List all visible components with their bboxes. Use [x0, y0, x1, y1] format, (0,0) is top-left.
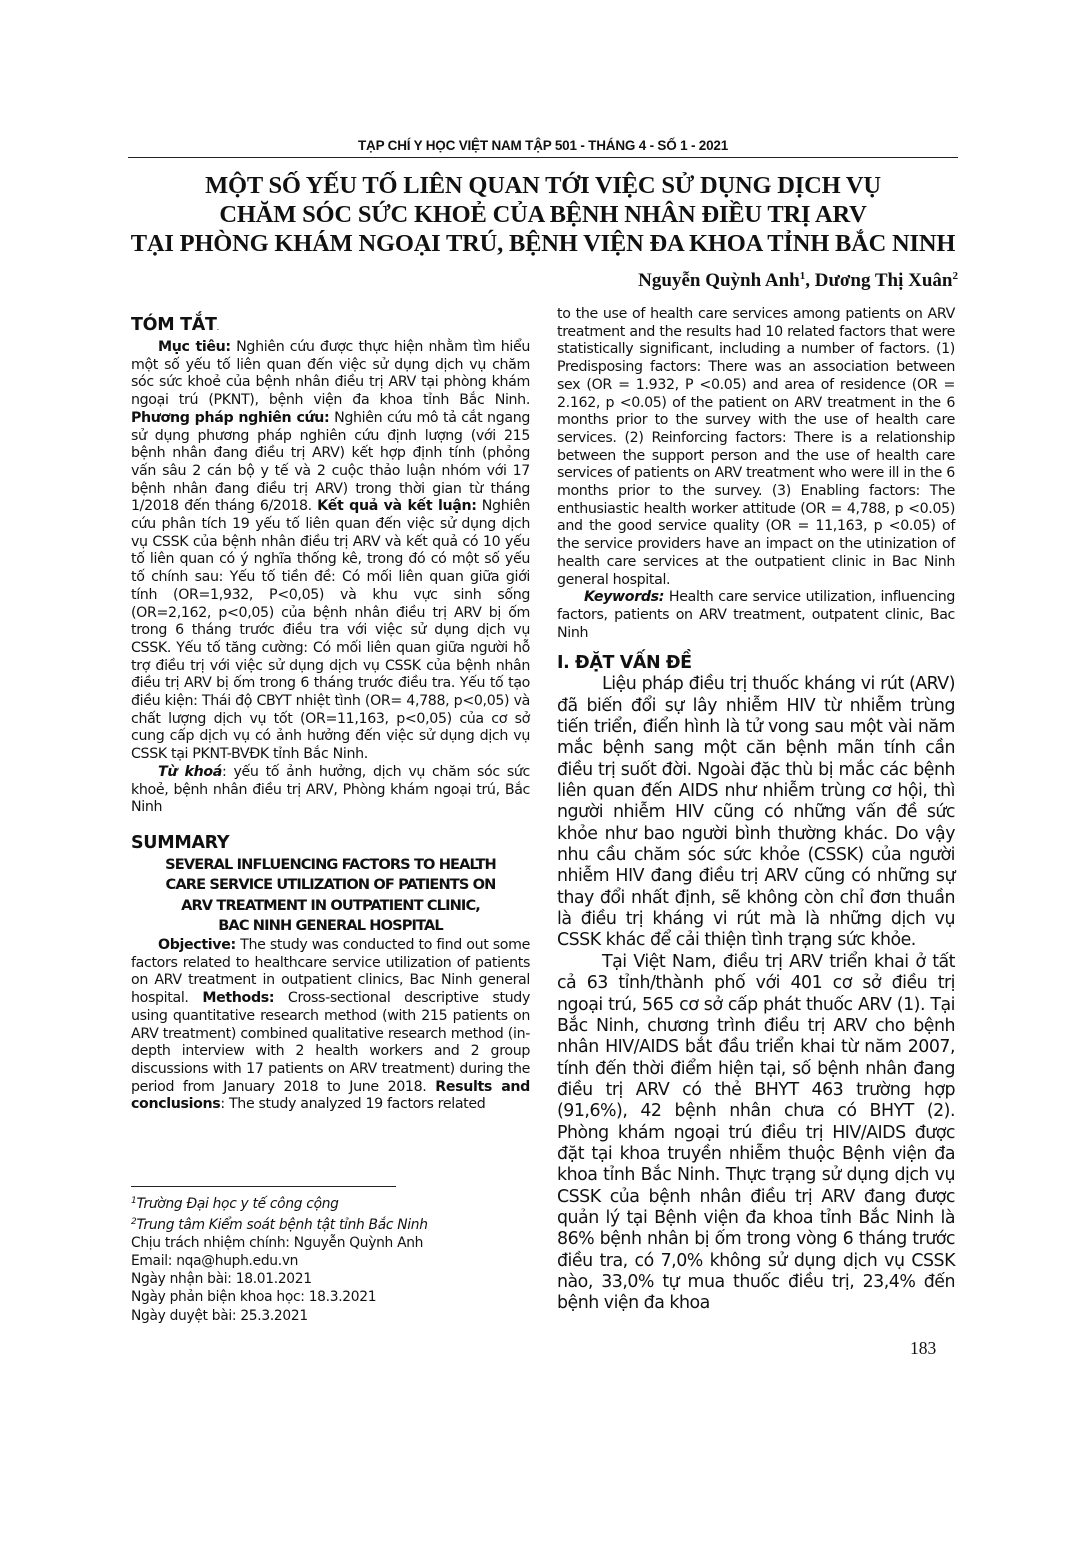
- keywords-en: Keywords: Health care service utilizatio…: [557, 589, 955, 642]
- intro-paragraph: Tại Việt Nam, điều trị ARV triển khai ở …: [557, 952, 955, 1315]
- email-link[interactable]: Email: nqa@huph.edu.vn: [131, 1252, 530, 1270]
- keywords-label: Từ khoá: [158, 764, 222, 780]
- affiliation-2: 2Trung tâm Kiểm soát bệnh tật tỉnh Bắc N…: [131, 1213, 530, 1234]
- objective-label: Mục tiêu:: [158, 339, 231, 355]
- english-title: SEVERAL INFLUENCING FACTORS TO HEALTH CA…: [131, 855, 530, 937]
- keywords-vn: Từ khoá: yếu tố ảnh hưởng, dịch vụ chăm …: [131, 764, 530, 817]
- english-title-line: ARV TREATMENT IN OUTPATIENT CLINIC,: [131, 896, 530, 917]
- accepted-date: Ngày duyệt bài: 25.3.2021: [131, 1307, 530, 1325]
- running-head: TẠP CHÍ Y HỌC VIỆT NAM TẬP 501 - THÁNG 4…: [128, 138, 958, 153]
- author-separator: ,: [805, 270, 815, 291]
- affiliation-text: Trường Đại học y tế công cộng: [136, 1196, 338, 1212]
- heading-dot: .: [217, 323, 219, 332]
- results-label: Kết quả và kết luận:: [317, 498, 476, 514]
- corresponding-author: Chịu trách nhiệm chính: Nguyễn Quỳnh Anh: [131, 1234, 530, 1252]
- affiliation-text: Trung tâm Kiểm soát bệnh tật tỉnh Bắc Ni…: [136, 1217, 427, 1233]
- abstract-en-body: Objective: The study was conducted to fi…: [131, 937, 530, 1114]
- article-title: MỘT SỐ YẾU TỐ LIÊN QUAN TỚI VIỆC SỬ DỤNG…: [128, 171, 958, 258]
- author-list: Nguyễn Quỳnh Anh1, Dương Thị Xuân2: [638, 270, 958, 292]
- author-name: Dương Thị Xuân: [815, 270, 953, 291]
- title-line: CHĂM SÓC SỨC KHOẺ CỦA BỆNH NHÂN ĐIỀU TRỊ…: [128, 200, 958, 229]
- author-affiliation-mark: 2: [953, 270, 959, 282]
- heading-text: TÓM TẮT: [131, 315, 217, 335]
- abstract-vn-body: Mục tiêu: Nghiên cứu được thực hiện nhằm…: [131, 339, 530, 764]
- english-title-line: SEVERAL INFLUENCING FACTORS TO HEALTH: [131, 855, 530, 876]
- journal-page: TẠP CHÍ Y HỌC VIỆT NAM TẬP 501 - THÁNG 4…: [0, 0, 1090, 1541]
- review-date: Ngày phản biện khoa học: 18.3.2021: [131, 1288, 530, 1306]
- abstract-vn-heading: TÓM TẮT.: [131, 314, 530, 339]
- received-date: Ngày nhận bài: 18.01.2021: [131, 1270, 530, 1288]
- footnotes: 1Trường Đại học y tế công cộng 2Trung tâ…: [131, 1192, 530, 1325]
- page-number: 183: [910, 1338, 936, 1359]
- english-title-line: BAC NINH GENERAL HOSPITAL: [131, 916, 530, 937]
- intro-paragraph: Liệu pháp điều trị thuốc kháng vi rút (A…: [557, 674, 955, 951]
- author-name: Nguyễn Quỳnh Anh: [638, 270, 800, 291]
- section-heading-introduction: I. ĐẶT VẤN ĐỀ: [557, 652, 955, 674]
- footnote-rule: [131, 1186, 396, 1187]
- results-text: : The study analyzed 19 factors related: [220, 1096, 485, 1112]
- left-column: TÓM TẮT. Mục tiêu: Nghiên cứu được thực …: [131, 314, 530, 1114]
- title-line: MỘT SỐ YẾU TỐ LIÊN QUAN TỚI VIỆC SỬ DỤNG…: [128, 171, 958, 200]
- keywords-label: Keywords:: [584, 589, 664, 605]
- affiliation-1: 1Trường Đại học y tế công cộng: [131, 1192, 530, 1213]
- summary-heading: SUMMARY: [131, 832, 530, 854]
- header-rule: [128, 157, 958, 158]
- results-text: Nghiên cứu phân tích 19 yếu tố liên quan…: [131, 498, 530, 762]
- right-column: to the use of health care services among…: [557, 306, 955, 1315]
- methods-label: Phương pháp nghiên cứu:: [131, 410, 329, 426]
- title-line: TẠI PHÒNG KHÁM NGOẠI TRÚ, BỆNH VIỆN ĐA K…: [128, 229, 958, 258]
- abstract-en-continued: to the use of health care services among…: [557, 306, 955, 589]
- english-title-line: CARE SERVICE UTILIZATION OF PATIENTS ON: [131, 875, 530, 896]
- objective-label: Objective:: [158, 937, 236, 953]
- methods-label: Methods:: [202, 990, 274, 1006]
